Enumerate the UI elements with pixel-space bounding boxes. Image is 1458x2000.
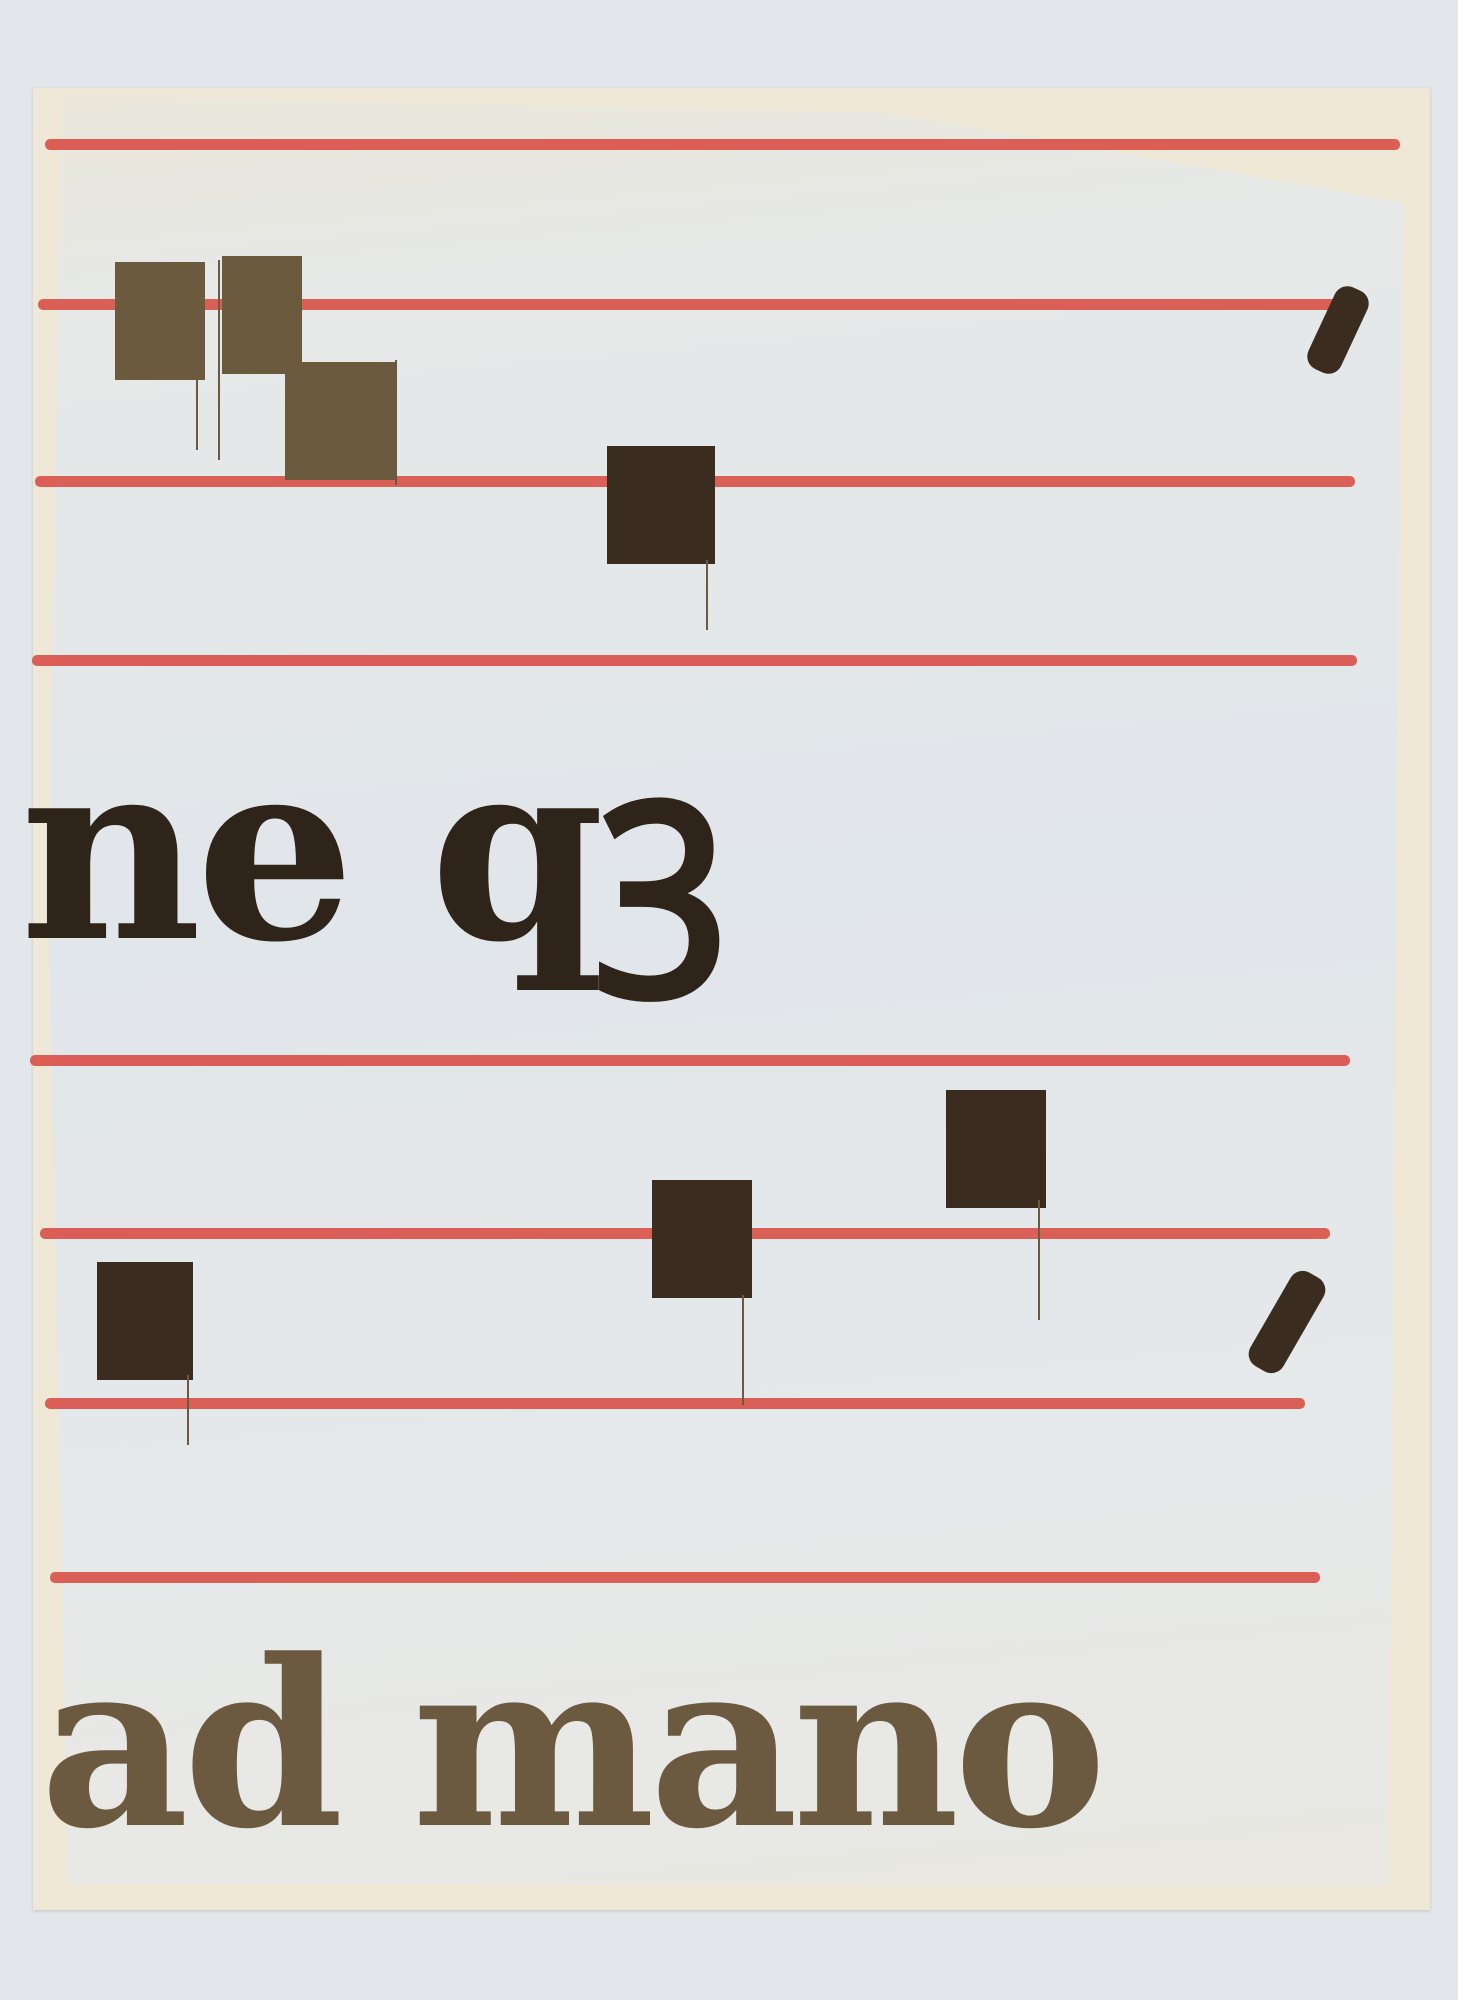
note-stem — [706, 560, 708, 630]
neume-square — [222, 256, 302, 374]
staff-line — [50, 1572, 1320, 1583]
note-stem — [196, 380, 198, 450]
note-stem — [1038, 1200, 1040, 1320]
staff-line — [32, 655, 1357, 666]
neume-square — [607, 446, 715, 564]
neume-square — [946, 1090, 1046, 1208]
lyric-text: ad mano — [40, 1630, 1101, 1860]
staff-line — [45, 1398, 1305, 1409]
note-stem — [395, 360, 397, 485]
note-stem — [742, 1295, 744, 1405]
staff-line — [30, 1055, 1350, 1066]
neume-square — [97, 1262, 193, 1380]
neume-square — [652, 1180, 752, 1298]
note-stem — [218, 260, 220, 460]
staff-line — [45, 139, 1400, 150]
neume-square — [115, 262, 205, 380]
lyric-text: ne qꝫ — [20, 725, 720, 975]
note-stem — [187, 1375, 189, 1445]
neume-square — [285, 362, 397, 480]
